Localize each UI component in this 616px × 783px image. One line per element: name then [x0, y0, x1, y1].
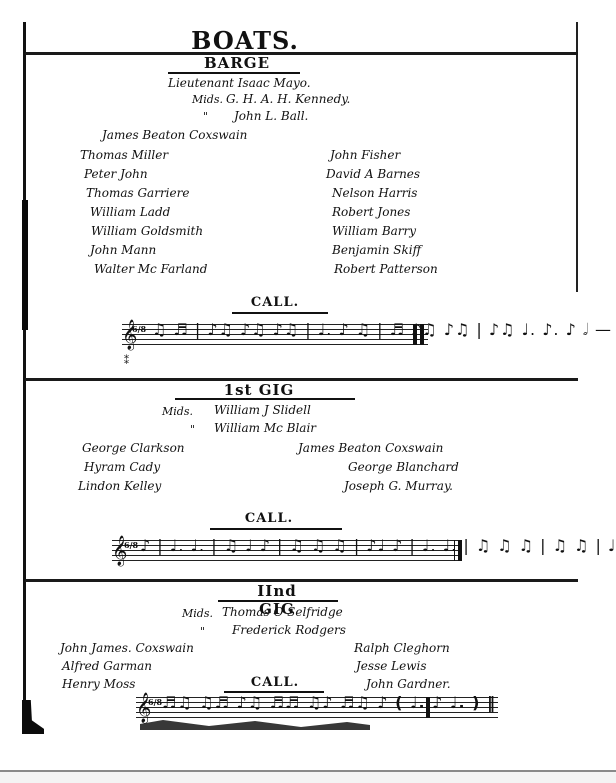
officer-prefix: Mids. [192, 93, 223, 106]
ditto-mark: " [203, 110, 208, 123]
bottom-left-ink-blot [22, 700, 44, 734]
crew-member: Robert Jones [332, 205, 410, 219]
crew-member: Joseph G. Murray. [344, 479, 453, 493]
section-heading-first-gig: 1st GIG [214, 381, 304, 399]
page-title: BOATS. [190, 26, 300, 55]
crew-member: Jesse Lewis [356, 659, 426, 673]
coxswain-name: James Beaton Coxswain [102, 128, 247, 142]
crew-member: Lindon Kelley [78, 479, 161, 493]
final-barline [454, 540, 455, 561]
crew-member: Peter John [84, 167, 148, 181]
crew-member: David A Barnes [326, 167, 420, 181]
call-label: CALL. [245, 295, 305, 310]
crew-member: William Goldsmith [91, 224, 203, 238]
officer-name: Lieutenant Isaac Mayo. [168, 76, 311, 90]
music-staff-second-gig-call: 𝄞 6/8 ♬♫ ♫♬ ♪♫ ♬♬ ♫♪ ♬♫ ♪ ( ♩. ♪ ♩. ) ‖ [136, 697, 498, 721]
heading-underline [218, 600, 338, 602]
officer-prefix: Mids. [162, 405, 193, 418]
ink-smudge [140, 720, 370, 730]
crew-member: James Beaton Coxswain [298, 441, 443, 455]
ditto-mark: " [200, 625, 205, 638]
crew-member: Henry Moss [62, 677, 135, 691]
crew-member: Thomas Miller [80, 148, 168, 162]
call-underline [232, 312, 328, 314]
crew-member: William Barry [332, 224, 416, 238]
crew-member: George Blanchard [348, 460, 459, 474]
musical-notes: ♪ | ♩. ♩. | ♫ ♩ ♪ | ♫ ♫ ♫ | ♪♩ ♪ | ♩. ♩.… [140, 534, 462, 558]
time-signature: 6/8 [124, 541, 138, 549]
time-signature: 6/8 [148, 698, 162, 706]
music-staff-first-gig-call: 𝄞 6/8 ♪ | ♩. ♩. | ♫ ♩ ♪ | ♫ ♫ ♫ | ♪♩ ♪ |… [112, 540, 462, 564]
call-underline [210, 528, 342, 530]
title-rule [25, 52, 578, 55]
ditto-mark: " [190, 423, 195, 436]
officer-name: Thomas O Selfridge [222, 605, 343, 619]
crew-member: Walter Mc Farland [94, 262, 207, 276]
crew-member: Hyram Cady [84, 460, 160, 474]
viewer-bottom-edge [0, 770, 616, 783]
final-barline [458, 540, 462, 561]
officer-name: G. H. A. H. Kennedy. [226, 92, 350, 106]
time-signature: 6/8 [132, 325, 146, 333]
officer-name: Frederick Rodgers [232, 623, 346, 637]
call-label: CALL. [244, 675, 306, 690]
crew-member: Thomas Garriere [86, 186, 189, 200]
musical-notes: ♫ ♬ | ♪♫ ♪♫ ♪♫ | ♩. ♪ ♫ | ♬ ♪♫ ♪♫ | ♪♫ ♩… [152, 318, 428, 342]
stray-ink-mark: ⁑ [124, 356, 129, 367]
scanned-page: BOATS. BARGE Lieutenant Isaac Mayo. Mids… [0, 0, 616, 783]
crew-member: John Fisher [330, 148, 400, 162]
crew-member: Nelson Harris [332, 186, 417, 200]
crew-member: Benjamin Skiff [332, 243, 421, 257]
section-heading-barge: BARGE [198, 54, 276, 72]
officer-prefix: Mids. [182, 607, 213, 620]
call-label: CALL. [238, 511, 300, 526]
officer-name: William Mc Blair [214, 421, 316, 435]
musical-notes: ♬♫ ♫♬ ♪♫ ♬♬ ♫♪ ♬♫ ♪ ( ♩. ♪ ♩. ) ‖ [162, 691, 498, 715]
heading-underline [175, 398, 355, 400]
heading-underline [168, 72, 300, 74]
crew-member: Ralph Cleghorn [354, 641, 450, 655]
crew-member: John James. Coxswain [60, 641, 194, 655]
crew-member: John Gardner. [366, 677, 451, 691]
officer-name: John L. Ball. [234, 109, 308, 123]
final-barline [420, 324, 424, 345]
crew-member: Alfred Garman [62, 659, 152, 673]
right-margin-rule [576, 22, 578, 292]
final-barline [413, 324, 417, 345]
crew-member: George Clarkson [82, 441, 185, 455]
left-margin-ink-smear [22, 200, 28, 330]
final-barline [426, 697, 430, 718]
crew-member: Robert Patterson [334, 262, 438, 276]
music-staff-barge-call: 𝄞 6/8 ♫ ♬ | ♪♫ ♪♫ ♪♫ | ♩. ♪ ♫ | ♬ ♪♫ ♪♫ … [122, 324, 428, 348]
crew-member: William Ladd [90, 205, 170, 219]
crew-member: John Mann [90, 243, 156, 257]
left-margin-rule [23, 22, 26, 732]
officer-name: William J Slidell [214, 403, 311, 417]
